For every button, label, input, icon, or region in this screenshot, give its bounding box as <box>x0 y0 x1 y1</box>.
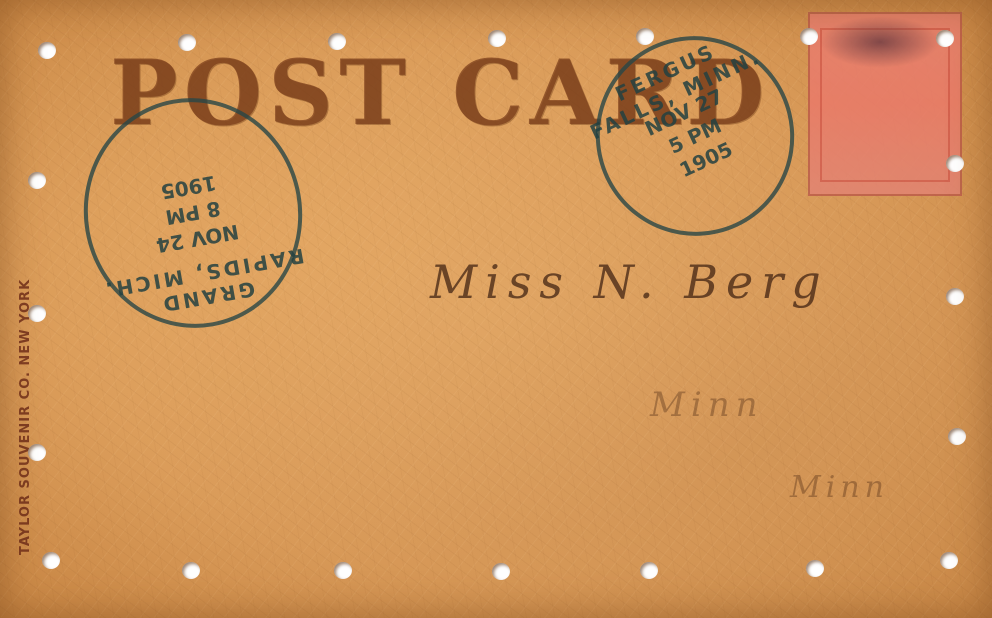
handwritten-address-line-2: Minn <box>650 385 763 425</box>
lacing-hole <box>492 563 510 580</box>
lacing-hole <box>28 444 46 461</box>
lacing-hole <box>636 28 654 45</box>
lacing-hole <box>28 305 46 322</box>
handwritten-recipient: Miss N. Berg <box>430 255 829 309</box>
lacing-hole <box>946 288 964 305</box>
lacing-hole <box>940 552 958 569</box>
lacing-hole <box>334 562 352 579</box>
lacing-hole <box>182 562 200 579</box>
handwritten-address-line-3: Minn <box>790 470 889 505</box>
lacing-hole <box>800 28 818 45</box>
stamp-cancellation-mark <box>820 16 940 68</box>
lacing-hole <box>806 560 824 577</box>
lacing-hole <box>28 172 46 189</box>
lacing-hole <box>178 34 196 51</box>
lacing-hole <box>936 30 954 47</box>
lacing-hole <box>42 552 60 569</box>
lacing-hole <box>488 30 506 47</box>
leather-postcard: POSTCARD GRAND RAPIDS, MICH. NOV 24 8 PM… <box>0 0 992 618</box>
lacing-hole <box>946 155 964 172</box>
lacing-hole <box>948 428 966 445</box>
lacing-hole <box>328 33 346 50</box>
lacing-hole <box>38 42 56 59</box>
lacing-hole <box>640 562 658 579</box>
